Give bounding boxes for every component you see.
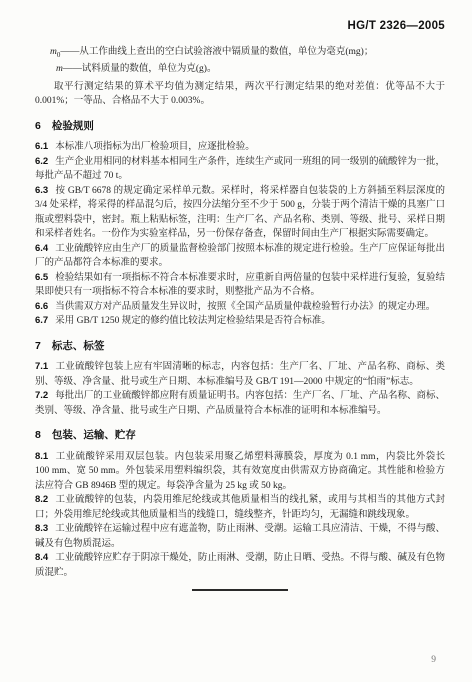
clause-number: 6.6 — [35, 301, 48, 312]
section-heading-6: 6检验规则 — [35, 119, 445, 134]
clause-text: 每批出厂的工业硫酸锌都应附有质量证明书。内容包括：生产厂名、厂址、产品名称、商标… — [35, 391, 445, 416]
clause-text: 工业硫酸锌在运输过程中应有遮盖物，防止雨淋、受潮。运输工具应清洁、干燥，不得与酸… — [35, 524, 445, 549]
clause-number: 6.2 — [35, 156, 48, 167]
definition-text: ——试料质量的数值，单位为克(g)。 — [63, 64, 217, 74]
definition-text: ——从工作曲线上查出的空白试验溶液中镉质量的数值，单位为毫克(mg)； — [60, 47, 373, 57]
clause-number: 8.1 — [35, 451, 48, 462]
clause-6-3: 6.3按 GB/T 6678 的规定确定采样单元数。采样时，将采样器自包装袋的上… — [35, 184, 445, 242]
clause-text: 工业硫酸锌的包装，内袋用维尼纶线或其他质量相当的线扎紧，或用与其相当的其他方式封… — [35, 495, 445, 520]
clause-8-2: 8.2工业硫酸锌的包装，内袋用维尼纶线或其他质量相当的线扎紧，或用与其相当的其他… — [35, 493, 445, 522]
clause-text: 工业硫酸锌应贮存于阴凉干燥处，防止雨淋、受潮，防止日晒、受热。不得与酸、碱及有色… — [35, 553, 445, 578]
document-page: HG/T 2326—2005 m0——从工作曲线上查出的空白试验溶液中镉质量的数… — [0, 0, 472, 682]
clause-number: 6.5 — [35, 272, 48, 283]
section-number: 6 — [35, 120, 41, 132]
standard-number-header: HG/T 2326—2005 — [35, 20, 445, 32]
section-number: 8 — [35, 429, 41, 441]
clause-number: 8.3 — [35, 523, 48, 534]
clause-number: 6.7 — [35, 315, 48, 326]
section-title: 包装、运输、贮存 — [52, 429, 136, 441]
clause-number: 7.2 — [35, 390, 48, 401]
clause-number: 7.1 — [35, 361, 48, 372]
clause-6-4: 6.4工业硫酸锌应由生产厂的质量监督检验部门按照本标准的规定进行检验。生产厂应保… — [35, 242, 445, 271]
clause-6-2: 6.2生产企业用相同的材料基本相同生产条件，连续生产或同一班组的同一级别的硫酸锌… — [35, 155, 445, 184]
clause-text: 工业硫酸锌包装上应有牢固清晰的标志，内容包括：生产厂名、厂址、产品名称、商标、类… — [35, 362, 445, 387]
clause-text: 检验结果如有一项指标不符合本标准要求时，应重新自两倍量的包装中采样进行复验，复验… — [35, 273, 445, 298]
clause-6-7: 6.7采用 GB/T 1250 规定的修约值比较法判定检验结果是否符合标准。 — [35, 314, 445, 329]
end-of-document-rule — [192, 589, 288, 591]
clause-8-4: 8.4工业硫酸锌应贮存于阴凉干燥处，防止雨淋、受潮，防止日晒、受热。不得与酸、碱… — [35, 551, 445, 580]
clause-text: 采用 GB/T 1250 规定的修约值比较法判定检验结果是否符合标准。 — [55, 316, 331, 326]
clause-number: 6.1 — [35, 141, 48, 152]
clause-text: 工业硫酸锌采用双层包装。内包装采用聚乙烯塑料薄膜袋，厚度为 0.1 mm，内袋比… — [35, 452, 445, 491]
symbol-m0: m0 — [50, 47, 60, 57]
clause-text: 按 GB/T 6678 的规定确定采样单元数。采样时，将采样器自包装袋的上方斜插… — [35, 186, 445, 240]
clause-8-1: 8.1工业硫酸锌采用双层包装。内包装采用聚乙烯塑料薄膜袋，厚度为 0.1 mm，… — [35, 450, 445, 494]
clause-8-3: 8.3工业硫酸锌在运输过程中应有遮盖物，防止雨淋、受潮。运输工具应清洁、干燥，不… — [35, 522, 445, 551]
section-title: 标志、标签 — [52, 340, 105, 352]
clause-6-6: 6.6当供需双方对产品质量发生异议时，按照《全国产品质量仲裁检验暂行办法》的规定… — [35, 300, 445, 315]
clause-text: 当供需双方对产品质量发生异议时，按照《全国产品质量仲裁检验暂行办法》的规定办理。 — [55, 302, 435, 312]
section-heading-7: 7标志、标签 — [35, 339, 445, 354]
clause-6-1: 6.1本标准八项指标为出厂检验项目，应逐批检验。 — [35, 140, 445, 155]
parallel-determination-paragraph: 取平行测定结果的算术平均值为测定结果，两次平行测定结果的绝对差值：优等品不大于 … — [35, 80, 445, 109]
clause-number: 6.4 — [35, 243, 48, 254]
section-title: 检验规则 — [52, 120, 94, 132]
clause-number: 8.4 — [35, 552, 48, 563]
clause-text: 生产企业用相同的材料基本相同生产条件，连续生产或同一班组的同一级别的硫酸锌为一批… — [35, 157, 445, 182]
page-number: 9 — [431, 655, 436, 665]
page-body: m0——从工作曲线上查出的空白试验溶液中镉质量的数值，单位为毫克(mg)； m—… — [35, 45, 445, 591]
clause-6-5: 6.5检验结果如有一项指标不符合本标准要求时，应重新自两倍量的包装中采样进行复验… — [35, 271, 445, 300]
clause-text: 工业硫酸锌应由生产厂的质量监督检验部门按照本标准的规定进行检验。生产厂应保证每批… — [35, 244, 445, 269]
symbol-definition-m: m——试料质量的数值，单位为克(g)。 — [35, 62, 445, 79]
clause-7-2: 7.2每批出厂的工业硫酸锌都应附有质量证明书。内容包括：生产厂名、厂址、产品名称… — [35, 389, 445, 418]
clause-number: 6.3 — [35, 185, 48, 196]
clause-7-1: 7.1工业硫酸锌包装上应有牢固清晰的标志，内容包括：生产厂名、厂址、产品名称、商… — [35, 360, 445, 389]
clause-text: 本标准八项指标为出厂检验项目，应逐批检验。 — [55, 142, 255, 152]
section-heading-8: 8包装、运输、贮存 — [35, 428, 445, 443]
symbol-definition-m0: m0——从工作曲线上查出的空白试验溶液中镉质量的数值，单位为毫克(mg)； — [35, 45, 445, 62]
clause-number: 8.2 — [35, 494, 48, 505]
section-number: 7 — [35, 340, 41, 352]
symbol-m: m — [56, 64, 63, 74]
